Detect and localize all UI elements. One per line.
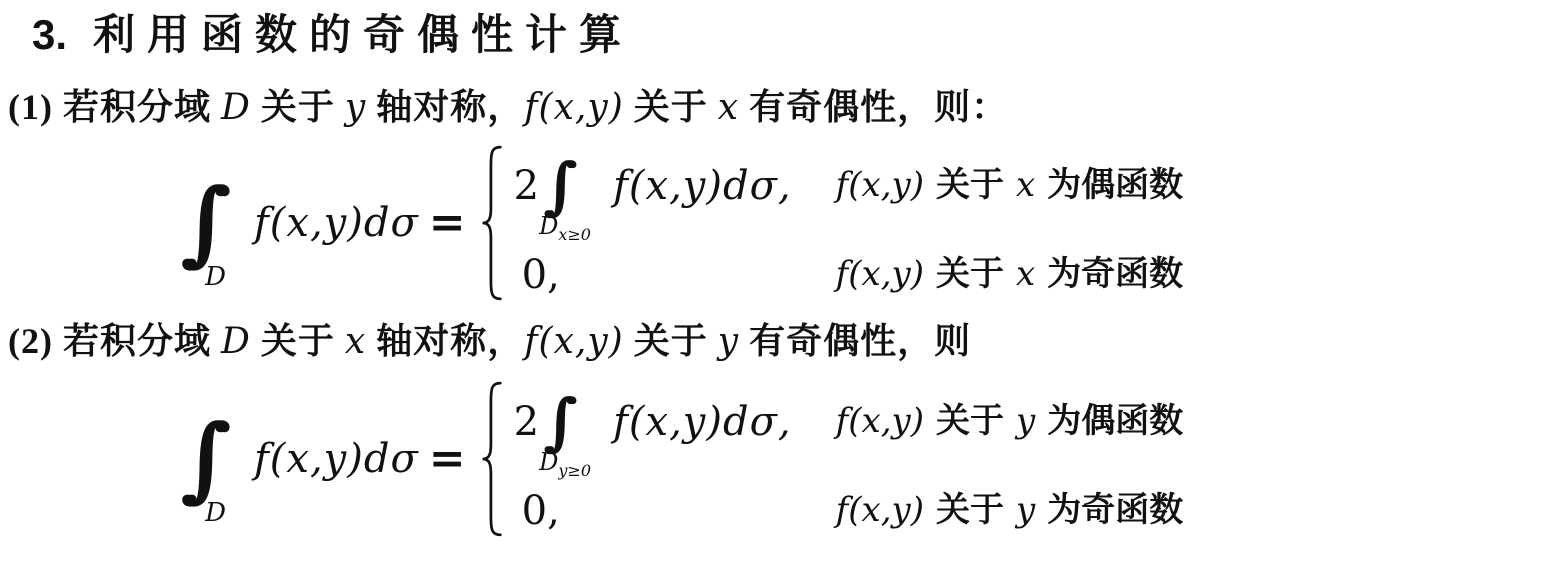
intro-segment: 关于	[624, 87, 718, 127]
condition-text: 为偶函数	[1047, 403, 1183, 440]
equals-sign: =	[429, 199, 466, 247]
math-var: D	[221, 87, 251, 128]
cases-rows: 2 ∫∫ Dx≥0 f(x,y)dσ, f(x,y) 关于 x 为偶函数	[514, 149, 1184, 296]
cases-rows: 2 ∫∫ Dy≥0 f(x,y)dσ, f(x,y) 关于 y 为偶函数	[514, 385, 1184, 532]
coefficient: 2	[514, 400, 539, 444]
condition-text: 关于	[936, 256, 1004, 293]
condition-text: 为奇函数	[1047, 256, 1183, 293]
double-integral-over-D: ∫∫ D	[180, 175, 254, 272]
case-condition: f(x,y) 关于 x 为偶函数	[836, 167, 1184, 204]
coefficient: 2	[514, 164, 539, 208]
intro-segment: (1) 若积分域	[8, 87, 221, 127]
intro-segment: 关于	[624, 321, 718, 361]
case-row-even: 2 ∫∫ Dy≥0 f(x,y)dσ, f(x,y) 关于 y 为偶函数	[514, 389, 1184, 454]
case-row-odd: 0, f(x,y) 关于 y 为奇函数	[514, 489, 1184, 533]
integral-domain-label: Dx≥0	[539, 213, 591, 243]
math-expression: f(x,y)	[836, 403, 924, 440]
lhs-integrand: f(x,y)dσ	[254, 437, 419, 481]
section-number: 3.	[32, 11, 67, 59]
integral-domain-label: Dy≥0	[539, 449, 591, 479]
case-1-formula: ∫∫ D f(x,y)dσ = 2 ∫∫ Dx≥0 f(x,y)dσ,	[180, 144, 1183, 302]
double-integral-icon: ∫∫	[543, 153, 574, 218]
case-integrand: f(x,y)dσ,	[613, 164, 792, 208]
zero-value: 0,	[514, 489, 560, 533]
case-row-odd: 0, f(x,y) 关于 x 为奇函数	[514, 253, 1184, 297]
math-var: x	[1016, 167, 1035, 204]
formula-lhs: ∫∫ D f(x,y)dσ =	[180, 175, 480, 272]
textbook-page: 3. 利用函数的奇偶性计算 (1) 若积分域 D 关于 y 轴对称，f(x,y)…	[0, 0, 1556, 564]
intro-segment: (2) 若积分域	[8, 321, 221, 361]
double-integral-icon: ∫∫	[180, 411, 226, 508]
condition-text: 关于	[936, 492, 1004, 529]
math-var: D	[221, 321, 251, 362]
formula-lhs: ∫∫ D f(x,y)dσ =	[180, 411, 480, 508]
case-1-intro: (1) 若积分域 D 关于 y 轴对称，f(x,y) 关于 x 有奇偶性，则：	[8, 86, 1008, 129]
case-value: 2 ∫∫ Dx≥0 f(x,y)dσ,	[514, 153, 836, 218]
condition-text: 为奇函数	[1047, 492, 1183, 529]
lhs-integrand: f(x,y)dσ	[254, 201, 419, 245]
math-expression: f(x,y)	[836, 492, 924, 529]
case-value: 2 ∫∫ Dy≥0 f(x,y)dσ,	[514, 389, 836, 454]
double-integral-over-D: ∫∫ D	[180, 411, 254, 508]
math-expression: f(x,y)	[524, 87, 624, 128]
math-expression: f(x,y)	[836, 167, 924, 204]
intro-segment: 关于	[251, 321, 345, 361]
case-integrand: f(x,y)dσ,	[613, 400, 792, 444]
math-expression: f(x,y)	[524, 321, 624, 362]
double-integral-over-half-domain: ∫∫ Dy≥0	[543, 389, 607, 454]
condition-text: 关于	[936, 403, 1004, 440]
double-integral-icon: ∫∫	[543, 389, 574, 454]
case-row-even: 2 ∫∫ Dx≥0 f(x,y)dσ, f(x,y) 关于 x 为偶函数	[514, 153, 1184, 218]
double-integral-icon: ∫∫	[180, 175, 226, 272]
cases-block: 2 ∫∫ Dy≥0 f(x,y)dσ, f(x,y) 关于 y 为偶函数	[480, 380, 1184, 538]
math-var: x	[1016, 256, 1035, 293]
case-value: 0,	[514, 489, 836, 533]
math-var: y	[718, 321, 739, 362]
domain-condition: x≥0	[558, 225, 591, 244]
cases-block: 2 ∫∫ Dx≥0 f(x,y)dσ, f(x,y) 关于 x 为偶函数	[480, 144, 1184, 302]
intro-segment: 轴对称，	[366, 321, 524, 361]
curly-brace-icon	[480, 380, 506, 538]
case-2-intro: (2) 若积分域 D 关于 x 轴对称，f(x,y) 关于 y 有奇偶性，则	[8, 320, 971, 363]
domain-condition: y≥0	[558, 461, 591, 480]
intro-segment: 有奇偶性，则	[739, 321, 971, 361]
math-var: y	[345, 87, 366, 128]
intro-segment: 有奇偶性，则：	[739, 87, 1008, 127]
section-title: 3. 利用函数的奇偶性计算	[32, 2, 633, 62]
condition-text: 关于	[936, 167, 1004, 204]
zero-value: 0,	[514, 253, 560, 297]
condition-text: 为偶函数	[1047, 167, 1183, 204]
double-integral-over-half-domain: ∫∫ Dx≥0	[543, 153, 607, 218]
curly-brace-icon	[480, 144, 506, 302]
integral-domain-label: D	[205, 499, 226, 528]
case-2-formula: ∫∫ D f(x,y)dσ = 2 ∫∫ Dy≥0 f(x,y)dσ,	[180, 380, 1183, 538]
case-value: 0,	[514, 253, 836, 297]
math-var: y	[1016, 403, 1035, 440]
intro-segment: 轴对称，	[366, 87, 524, 127]
section-title-text: 利用函数的奇偶性计算	[93, 2, 633, 62]
equals-sign: =	[429, 435, 466, 483]
integral-domain-label: D	[205, 263, 226, 292]
case-condition: f(x,y) 关于 y 为奇函数	[836, 492, 1184, 529]
math-expression: f(x,y)	[836, 256, 924, 293]
case-condition: f(x,y) 关于 x 为奇函数	[836, 256, 1184, 293]
math-var: y	[1016, 492, 1035, 529]
math-var: x	[718, 87, 739, 128]
case-condition: f(x,y) 关于 y 为偶函数	[836, 403, 1184, 440]
math-var: x	[345, 321, 366, 362]
intro-segment: 关于	[251, 87, 345, 127]
